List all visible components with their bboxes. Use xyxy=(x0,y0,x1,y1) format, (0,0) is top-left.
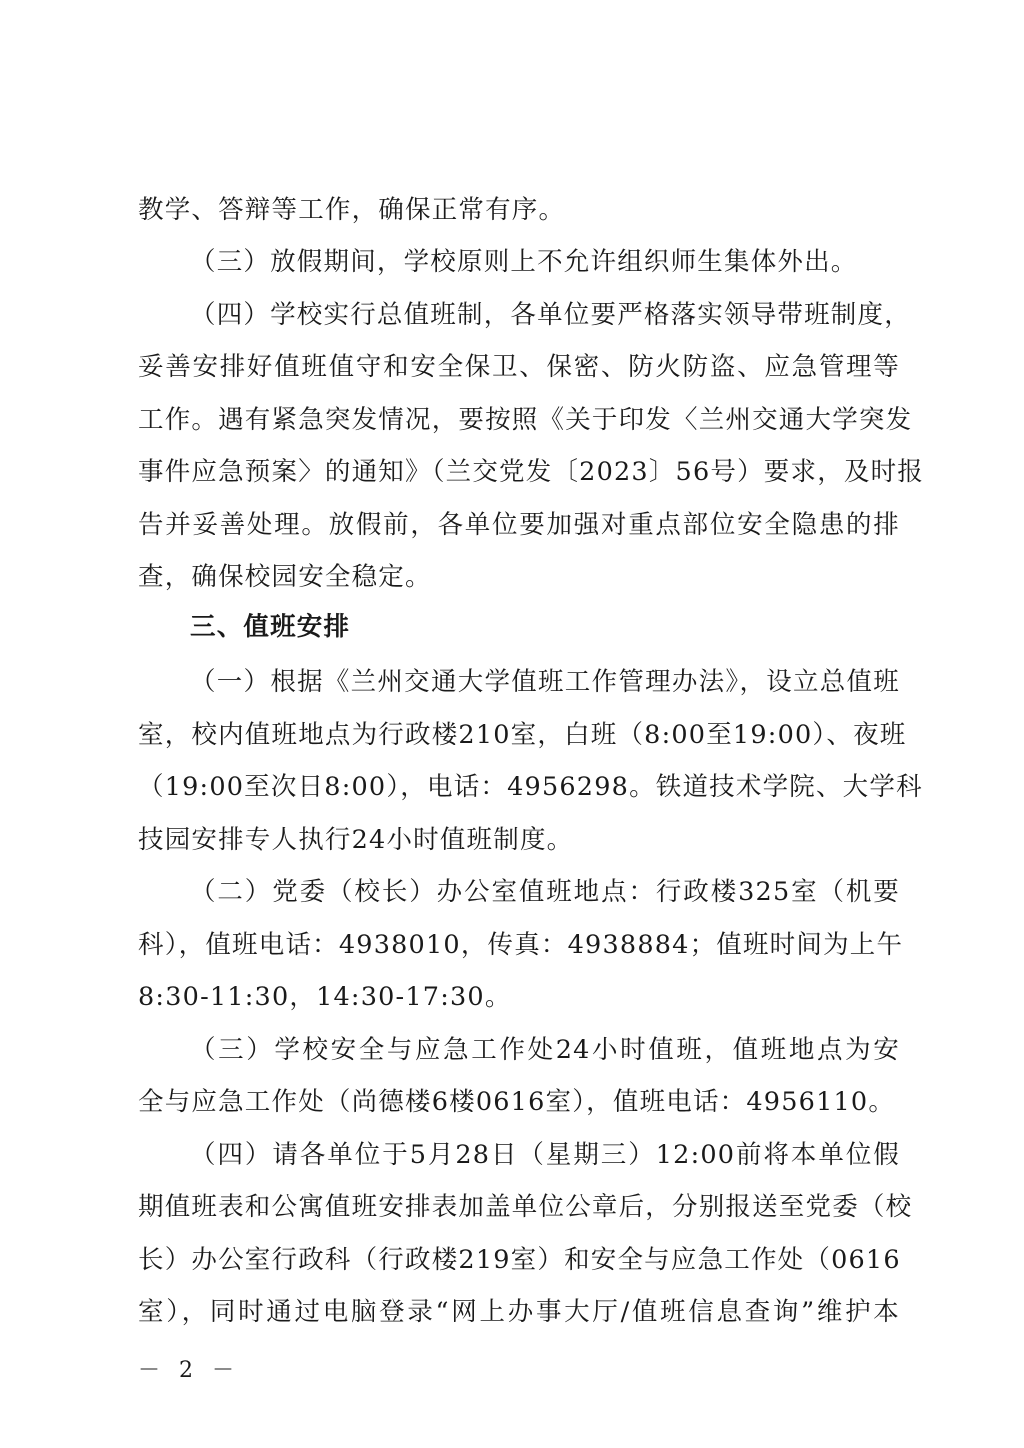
paragraph-line: 工作。遇有紧急突发情况，要按照《关于印发〈兰州交通大学突发 xyxy=(138,400,900,440)
paragraph-line: （四）请各单位于5月28日（星期三）12:00前将本单位假 xyxy=(190,1135,900,1175)
document-page: 教学、答辩等工作，确保正常有序。 （三）放假期间，学校原则上不允许组织师生集体外… xyxy=(0,0,1024,1448)
paragraph-line: 8:30-11:30，14:30-17:30。 xyxy=(138,977,900,1017)
paragraph-line: 妥善安排好值班值守和安全保卫、保密、防火防盗、应急管理等 xyxy=(138,347,900,387)
paragraph-line: 告并妥善处理。放假前，各单位要加强对重点部位安全隐患的排 xyxy=(138,505,900,545)
paragraph-line: （一）根据《兰州交通大学值班工作管理办法》，设立总值班 xyxy=(190,662,900,702)
paragraph-line: 室），同时通过电脑登录“网上办事大厅/值班信息查询”维护本 xyxy=(138,1292,900,1332)
paragraph-line: 室，校内值班地点为行政楼210室，白班（8:00至19:00）、夜班 xyxy=(138,715,900,755)
paragraph-line: 教学、答辩等工作，确保正常有序。 xyxy=(138,190,900,230)
paragraph-line: 查，确保校园安全稳定。 xyxy=(138,557,900,597)
paragraph-line: 长）办公室行政科（行政楼219室）和安全与应急工作处（0616 xyxy=(138,1240,900,1280)
paragraph-line: 事件应急预案〉的通知》（兰交党发〔2023〕56号）要求，及时报 xyxy=(138,452,900,492)
paragraph-line: （三）放假期间，学校原则上不允许组织师生集体外出。 xyxy=(190,242,900,282)
paragraph-line: 科），值班电话：4938010，传真：4938884；值班时间为上午 xyxy=(138,925,900,965)
section-heading: 三、值班安排 xyxy=(190,607,900,647)
paragraph-line: 全与应急工作处（尚德楼6楼0616室），值班电话：4956110。 xyxy=(138,1082,900,1122)
paragraph-line: （四）学校实行总值班制，各单位要严格落实领导带班制度， xyxy=(190,295,900,335)
paragraph-line: （二）党委（校长）办公室值班地点：行政楼325室（机要 xyxy=(190,872,900,912)
paragraph-line: （三）学校安全与应急工作处24小时值班，值班地点为安 xyxy=(190,1030,900,1070)
paragraph-line: （19:00至次日8:00），电话：4956298。铁道技术学院、大学科 xyxy=(138,767,900,807)
paragraph-line: 技园安排专人执行24小时值班制度。 xyxy=(138,820,900,860)
paragraph-line: 期值班表和公寓值班安排表加盖单位公章后，分别报送至党委（校 xyxy=(138,1187,900,1227)
page-number: － 2 － xyxy=(138,1356,240,1386)
